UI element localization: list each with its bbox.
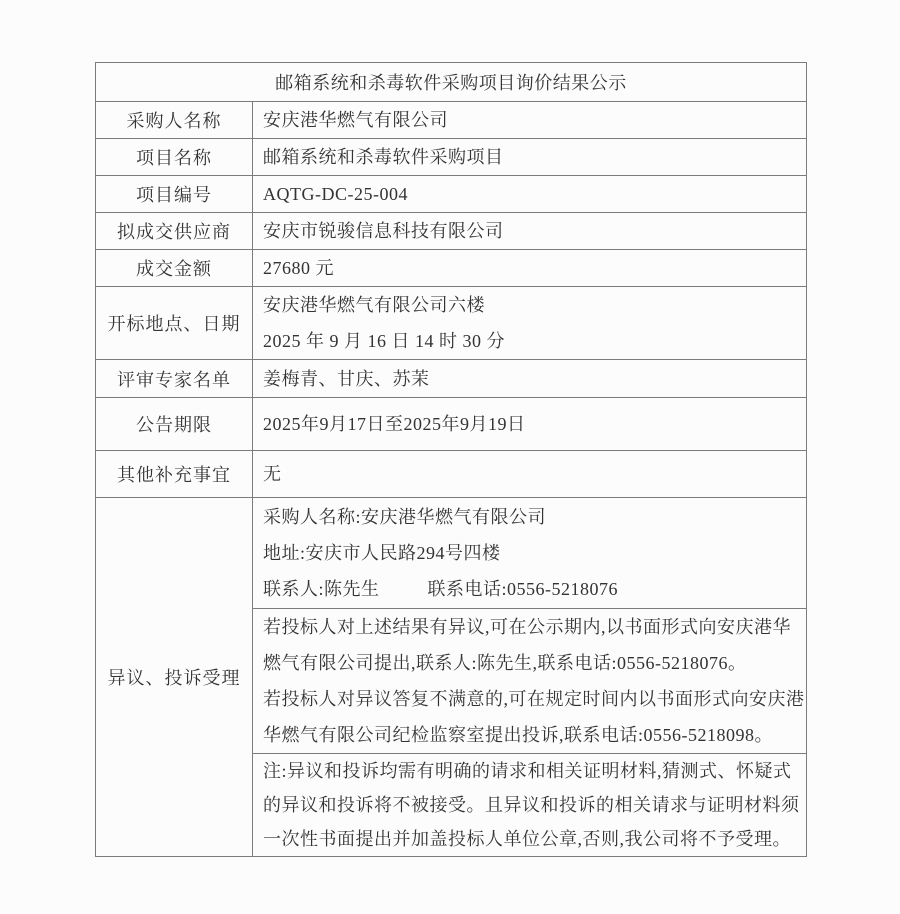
objection-contact-cell: 采购人名称:安庆港华燃气有限公司 地址:安庆市人民路294号四楼 联系人:陈先生… bbox=[253, 498, 807, 609]
scanned-document-page: { "document": { "title": "邮箱系统和杀毒软件采购项目询… bbox=[0, 0, 900, 914]
row-label-announcement-period: 公告期限 bbox=[96, 398, 253, 451]
row-value-opening: 安庆港华燃气有限公司六楼 2025 年 9 月 16 日 14 时 30 分 bbox=[253, 287, 807, 360]
objection-note-cell: 注:异议和投诉均需有明确的请求和相关证明材料,猜测式、怀疑式的异议和投诉将不被接… bbox=[253, 754, 807, 857]
table-row: 成交金额 27680 元 bbox=[96, 250, 807, 287]
table-row-objection: 异议、投诉受理 采购人名称:安庆港华燃气有限公司 地址:安庆市人民路294号四楼… bbox=[96, 498, 807, 609]
opening-datetime-line: 2025 年 9 月 16 日 14 时 30 分 bbox=[263, 323, 806, 359]
row-label-objection: 异议、投诉受理 bbox=[96, 498, 253, 857]
row-value-supplier: 安庆市锐骏信息科技有限公司 bbox=[253, 213, 807, 250]
row-label-project-number: 项目编号 bbox=[96, 176, 253, 213]
table-row: 拟成交供应商 安庆市锐骏信息科技有限公司 bbox=[96, 213, 807, 250]
row-label-experts: 评审专家名单 bbox=[96, 360, 253, 398]
objection-procedure-paragraph-1: 若投标人对上述结果有异议,可在公示期内,以书面形式向安庆港华燃气有限公司提出,联… bbox=[263, 609, 806, 681]
table-row: 其他补充事宜 无 bbox=[96, 451, 807, 498]
objection-contact-person: 联系人:陈先生 bbox=[263, 579, 380, 599]
table-row: 采购人名称 安庆港华燃气有限公司 bbox=[96, 102, 807, 139]
row-label-opening: 开标地点、日期 bbox=[96, 287, 253, 360]
objection-contact-phone: 联系电话:0556-5218076 bbox=[428, 579, 619, 599]
row-value-purchaser: 安庆港华燃气有限公司 bbox=[253, 102, 807, 139]
procurement-result-table: 邮箱系统和杀毒软件采购项目询价结果公示 采购人名称 安庆港华燃气有限公司 项目名… bbox=[95, 62, 807, 857]
objection-procedure-paragraph-2: 若投标人对异议答复不满意的,可在规定时间内以书面形式向安庆港华燃气有限公司纪检监… bbox=[263, 681, 806, 753]
row-label-other-matters: 其他补充事宜 bbox=[96, 451, 253, 498]
table-row: 公告期限 2025年9月17日至2025年9月19日 bbox=[96, 398, 807, 451]
table-row: 项目编号 AQTG-DC-25-004 bbox=[96, 176, 807, 213]
row-label-amount: 成交金额 bbox=[96, 250, 253, 287]
row-value-project-number: AQTG-DC-25-004 bbox=[253, 176, 807, 213]
table-row: 评审专家名单 姜梅青、甘庆、苏茉 bbox=[96, 360, 807, 398]
objection-contact-address: 地址:安庆市人民路294号四楼 bbox=[263, 535, 806, 571]
objection-contact-person-phone: 联系人:陈先生联系电话:0556-5218076 bbox=[263, 571, 806, 607]
row-value-experts: 姜梅青、甘庆、苏茉 bbox=[253, 360, 807, 398]
objection-contact-name: 采购人名称:安庆港华燃气有限公司 bbox=[263, 499, 806, 535]
row-value-other-matters: 无 bbox=[253, 451, 807, 498]
objection-procedure-cell: 若投标人对上述结果有异议,可在公示期内,以书面形式向安庆港华燃气有限公司提出,联… bbox=[253, 609, 807, 754]
opening-location-line: 安庆港华燃气有限公司六楼 bbox=[263, 287, 806, 323]
row-label-supplier: 拟成交供应商 bbox=[96, 213, 253, 250]
document-title: 邮箱系统和杀毒软件采购项目询价结果公示 bbox=[96, 63, 807, 102]
row-value-announcement-period: 2025年9月17日至2025年9月19日 bbox=[253, 398, 807, 451]
table-row: 开标地点、日期 安庆港华燃气有限公司六楼 2025 年 9 月 16 日 14 … bbox=[96, 287, 807, 360]
table-row-title: 邮箱系统和杀毒软件采购项目询价结果公示 bbox=[96, 63, 807, 102]
row-value-amount: 27680 元 bbox=[253, 250, 807, 287]
table-row: 项目名称 邮箱系统和杀毒软件采购项目 bbox=[96, 139, 807, 176]
objection-note-text: 注:异议和投诉均需有明确的请求和相关证明材料,猜测式、怀疑式的异议和投诉将不被接… bbox=[263, 754, 806, 856]
row-label-project-name: 项目名称 bbox=[96, 139, 253, 176]
row-label-purchaser: 采购人名称 bbox=[96, 102, 253, 139]
row-value-project-name: 邮箱系统和杀毒软件采购项目 bbox=[253, 139, 807, 176]
